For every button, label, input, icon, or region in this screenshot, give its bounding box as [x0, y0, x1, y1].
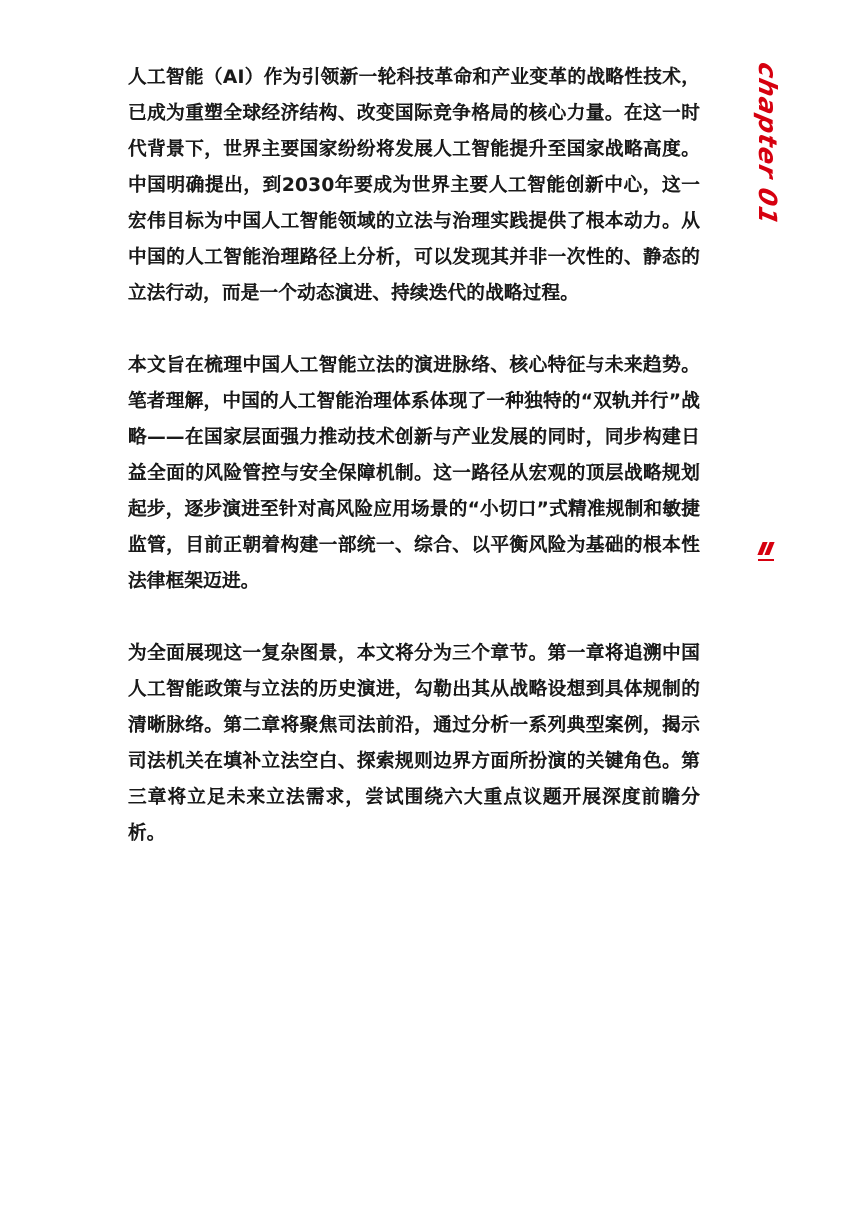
double-slash-quote-icon — [757, 542, 775, 562]
paragraph-structure: 为全面展现这一复杂图景，本文将分为三个章节。第一章将追溯中国人工智能政策与立法的… — [128, 636, 700, 852]
chapter-label: chapter 01 — [753, 60, 782, 228]
body-content: 人工智能（AI）作为引领新一轮科技革命和产业变革的战略性技术，已成为重塑全球经济… — [128, 60, 700, 888]
paragraph-intro: 人工智能（AI）作为引领新一轮科技革命和产业变革的战略性技术，已成为重塑全球经济… — [128, 60, 700, 312]
quote-underline — [758, 559, 774, 561]
document-page: 人工智能（AI）作为引领新一轮科技革命和产业变革的战略性技术，已成为重塑全球经济… — [0, 0, 850, 1228]
paragraph-purpose: 本文旨在梳理中国人工智能立法的演进脉络、核心特征与未来趋势。笔者理解，中国的人工… — [128, 348, 700, 600]
